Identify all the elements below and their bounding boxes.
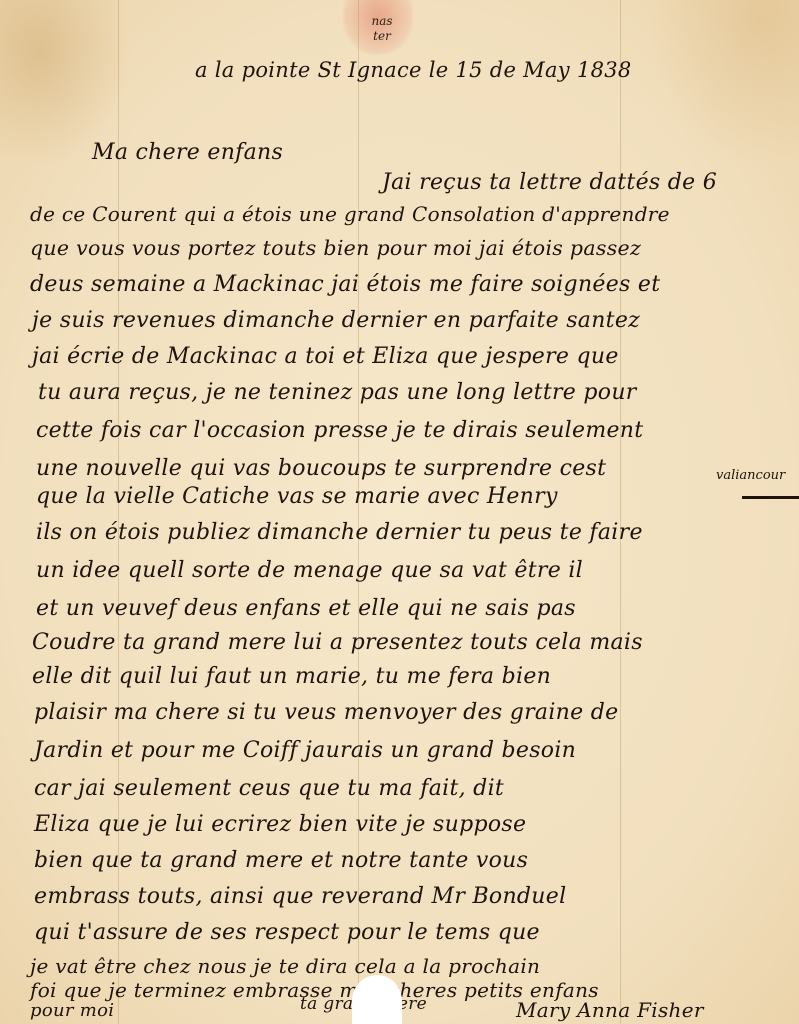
body-line: car jai seulement ceus que tu ma fait, d… xyxy=(34,776,504,801)
body-line: un idee quell sorte de menage que sa vat… xyxy=(36,558,583,583)
body-line: pour moi xyxy=(30,1000,114,1021)
body-line: deus semaine a Mackinac jai étois me fai… xyxy=(30,272,660,297)
body-line: une nouvelle qui vas boucoups te surpren… xyxy=(36,456,606,481)
body-line: plaisir ma chere si tu veus menvoyer des… xyxy=(34,700,618,725)
body-line: bien que ta grand mere et notre tante vo… xyxy=(34,848,528,873)
body-line: jai écrie de Mackinac a toi et Eliza que… xyxy=(32,344,619,369)
interlinear-insert: valiancour xyxy=(716,468,785,483)
body-line: de ce Courent qui a étois une grand Cons… xyxy=(30,202,670,226)
body-line: tu aura reçus, je ne teninez pas une lon… xyxy=(38,380,637,405)
seal-fragment-text: nas ter xyxy=(352,14,412,44)
body-line: que la vielle Catiche vas se marie avec … xyxy=(36,484,558,509)
body-line: et un veuvef deus enfans et elle qui ne … xyxy=(36,596,576,621)
body-line: Jardin et pour me Coiff jaurais un grand… xyxy=(34,738,576,763)
struck-through-word xyxy=(742,496,799,499)
body-line: Coudre ta grand mere lui a presentez tou… xyxy=(32,630,643,655)
signature: Mary Anna Fisher xyxy=(516,998,704,1022)
body-line: qui t'assure de ses respect pour le tems… xyxy=(34,920,540,945)
salutation: Ma chere enfans xyxy=(92,140,283,165)
body-line: ils on étois publiez dimanche dernier tu… xyxy=(36,520,643,545)
body-line: elle dit quil lui faut un marie, tu me f… xyxy=(32,664,551,689)
dateline: a la pointe St Ignace le 15 de May 1838 xyxy=(195,58,632,82)
body-line: embrass touts, ainsi que reverand Mr Bon… xyxy=(34,884,566,909)
letter-paper: nas ter a la pointe St Ignace le 15 de M… xyxy=(0,0,799,1024)
body-line: Jai reçus ta lettre dattés de 6 xyxy=(382,170,717,195)
body-line: je suis revenues dimanche dernier en par… xyxy=(32,308,640,333)
body-line: Eliza que je lui ecrirez bien vite je su… xyxy=(34,812,526,837)
paper-hole xyxy=(352,975,402,1024)
body-line: je vat être chez nous je te dira cela a … xyxy=(30,954,540,978)
fold-line xyxy=(620,0,621,1024)
body-line: que vous vous portez touts bien pour moi… xyxy=(30,236,641,260)
body-line: cette fois car l'occasion presse je te d… xyxy=(36,418,643,443)
